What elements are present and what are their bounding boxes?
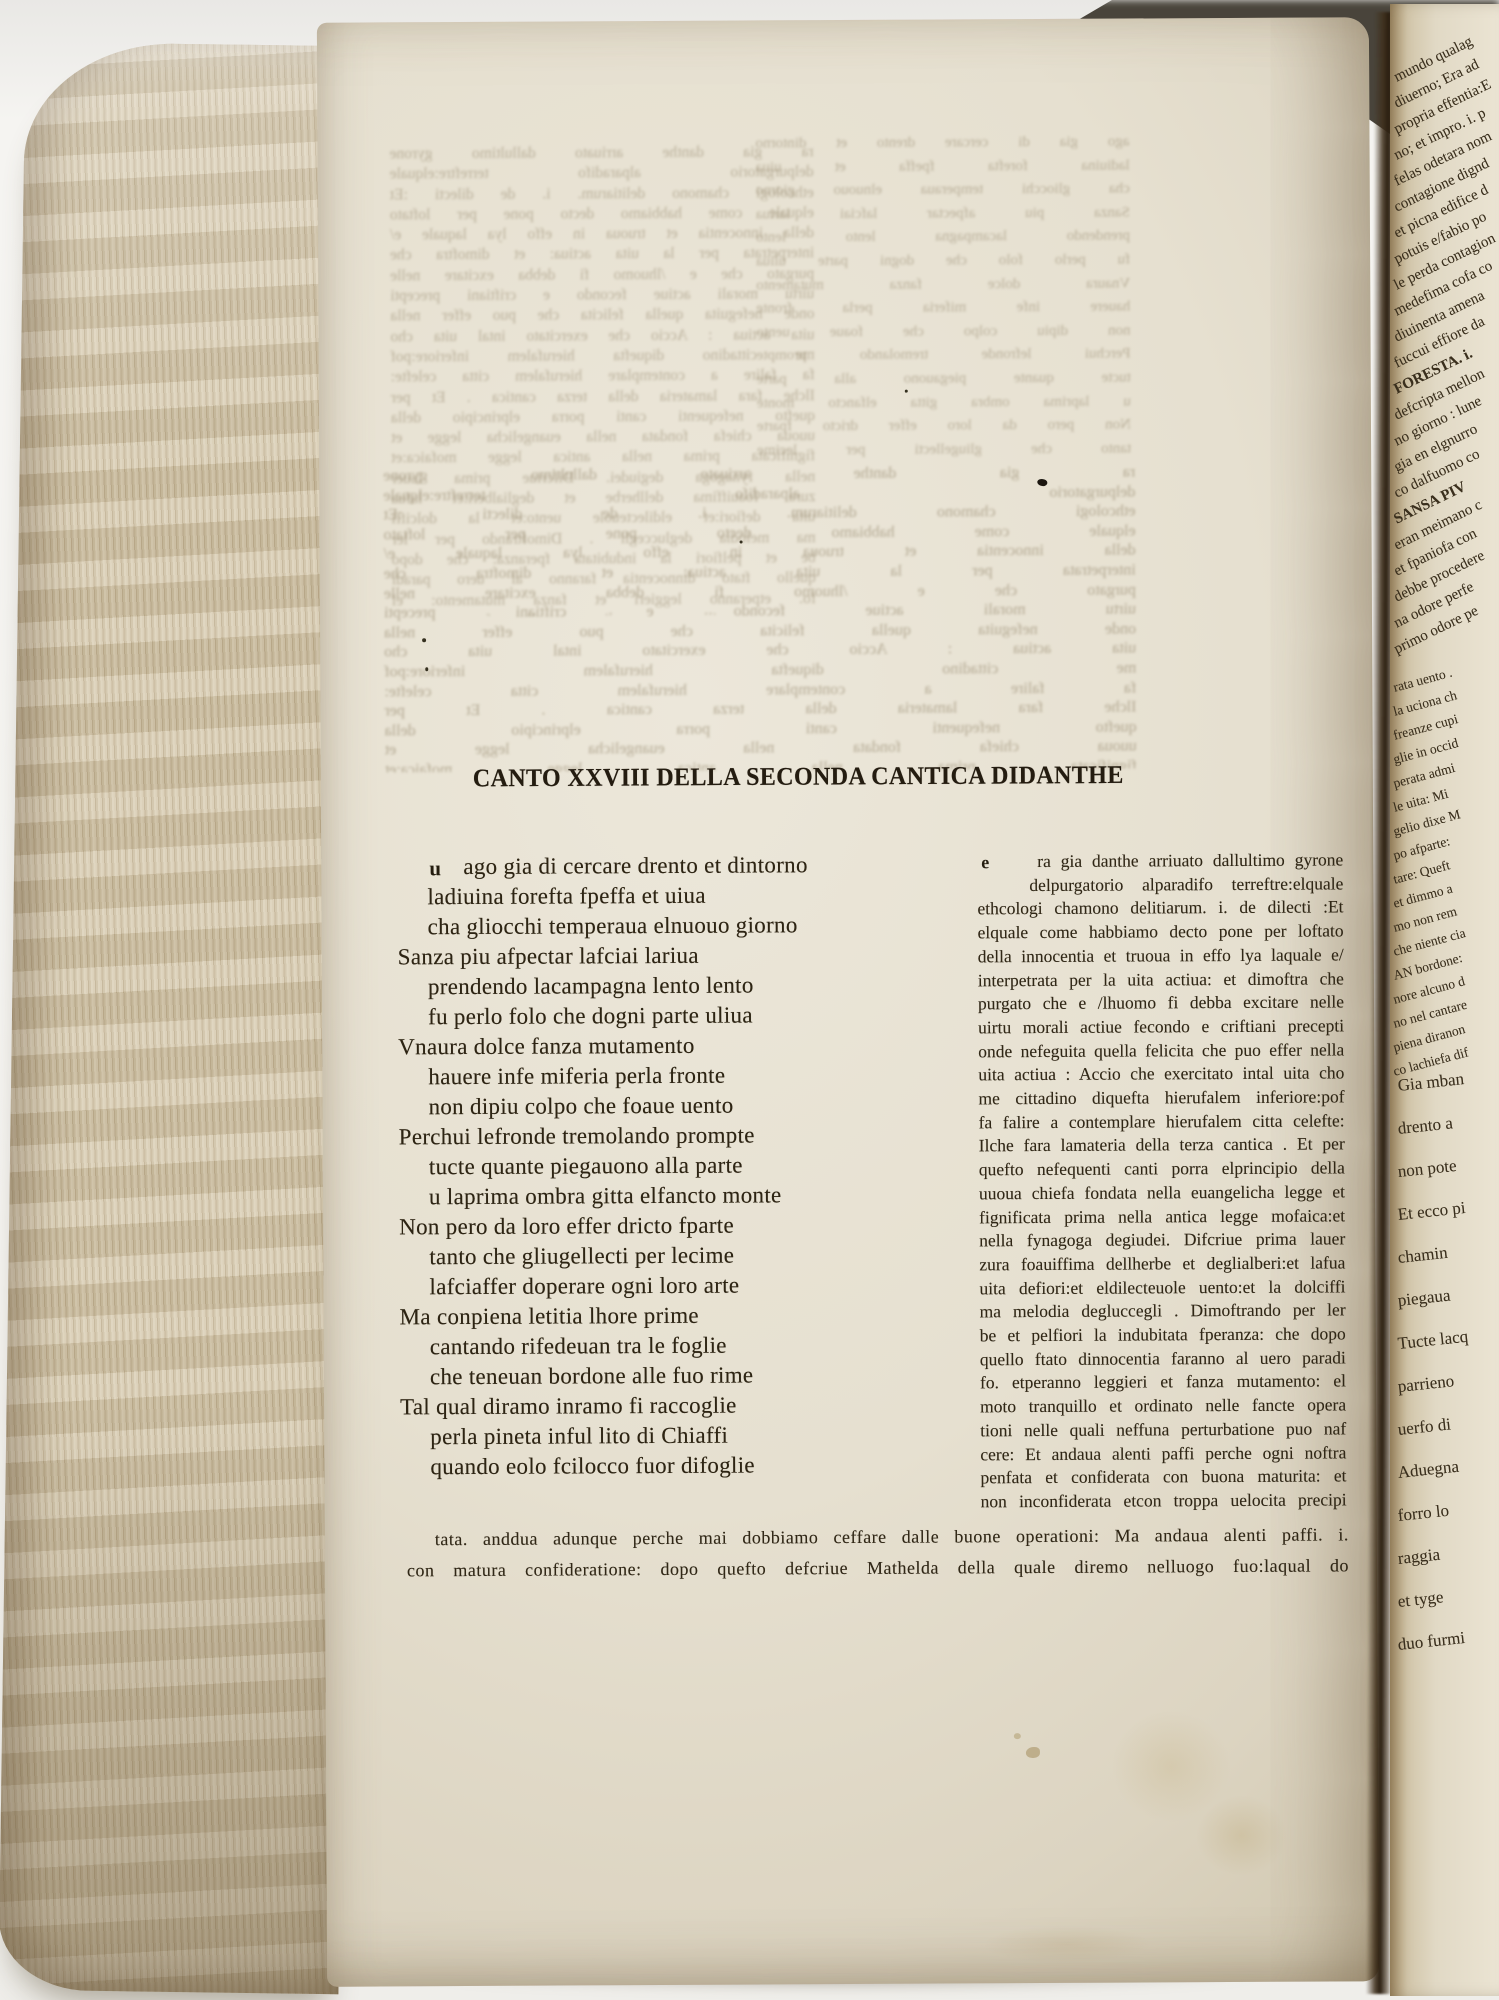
commentary-line: fignificata prima nella antica legge mof… [979,1204,1345,1230]
facing-page-strip: mundo qualagdiuerno; Era adpropria effen… [1390,4,1499,1996]
commentary-line: uita actiua : Accio che exercitato intal… [978,1062,1344,1088]
poem-line: prendendo lacampagna lento lento [398,970,834,1002]
commentary-line: onde nefeguita quella felicita che puo e… [978,1038,1344,1064]
showthrough-block: ra gia danthe arriuato dallultimo gyrone… [383,462,1137,772]
poem-line: perla pineta inful lito di Chiaffi [400,1420,836,1452]
commentary-line: ra gia danthe arriuato dallultimo gyrone [977,848,1343,874]
showthrough-block: ago gia di cercare drento et dintornolad… [755,131,1131,465]
commentary-line: moto tranquillo et ordinato nelle fancte… [980,1394,1346,1420]
poem-line: tanto che gliugellecti per lecime [399,1240,835,1272]
poem-line: Perchui lefronde tremolando prompte [399,1120,835,1152]
showthrough-line: hauere infe miferia perla fronte [756,296,1130,322]
facing-page-line: non pote [1397,1155,1469,1182]
commentary-line: interpetrata per la uita actiua: et dimo… [978,967,1344,993]
showthrough-line: Ilche fara lamateria della terza cantica… [391,386,815,409]
commentary-line: uuoua chiefa fondata nella euangelicha l… [979,1180,1345,1206]
commentary-line: me cittadino diquefta hierufalem inferio… [978,1085,1344,1111]
commentary-line: uirtu morali actiue fecondo e criftiani … [978,1014,1344,1040]
showthrough-line: uuoua chiefa fondata nella euangelicha l… [391,426,815,449]
showthrough-line: delpurgatorio alparadifo terreftre:elqua… [390,162,814,185]
facing-page-line: piegaua [1397,1284,1469,1311]
commentary-line: elquale come habbiamo decto pone per lof… [978,920,1344,946]
showthrough-line: Non pero da loro effer dricto fparte [757,414,1131,440]
footer-line: tata. anddua adunque perche mai dobbiamo… [407,1519,1349,1555]
poem-line: u laprima ombra gitta elfancto monte [399,1180,835,1212]
stain [947,1916,1187,1972]
showthrough-line: ladiuina forefta fpeffa et uiua [756,154,1130,180]
commentary-line: fo. etperanno leggieri et fanza mutament… [980,1370,1346,1396]
poem-line: Sanza piu afpectar lafciai lariua [398,940,834,972]
facing-page-text-top: mundo qualagdiuerno; Era adpropria effen… [1396,70,1499,668]
facing-page-line: Tucte lacq [1397,1327,1469,1354]
facing-page-line: parrieno [1397,1370,1469,1397]
showthrough-line: onde nefeguita quella felicita che puo e… [390,305,814,328]
showthrough-line: uita actiua : Accio che exercitato intal… [390,325,814,348]
showthrough-line: quefto nefequenti canti porra elprincipi… [391,406,815,429]
canto-heading: CANTO XXVIII DELLA SECONDA CANTICA DIDAN… [473,762,1133,794]
facing-page-line: drento a [1397,1112,1469,1139]
poem-line: tucte quante piegauono alla parte [399,1150,835,1182]
showthrough-line: cha gliocchi temperaua elnuouo giorno [756,178,1130,204]
poem-line: quando eolo fcilocco fuor difoglie [400,1450,836,1482]
showthrough-line: ago gia di cercare drento et dintorno [755,131,1129,157]
showthrough-line: della innocentia et truoua in effo lya l… [390,223,814,246]
commentary-line: zura foauiffima dellherbe et deglialberi… [979,1251,1345,1277]
stain [1026,1747,1040,1758]
commentary-line: non inconfiderata etcon troppa uelocita … [981,1488,1347,1514]
showthrough-line: non dipiu colpo che foaue uento [756,319,1130,345]
poem-line: Ma conpiena letitia lhore prime [400,1300,836,1332]
footer-block: tata. anddua adunque perche mai dobbiamo… [407,1519,1349,1586]
ink-speck [422,638,426,642]
poem-line: lafciaffer doperare ogni loro arte [399,1270,835,1302]
showthrough-line: ra gia danthe arriuato dallultimo gyrone [390,142,814,165]
showthrough-line: tucte quante piegauono alla parte [757,366,1131,392]
showthrough-line: interpetrata per la uita actiua: et dimo… [390,244,814,267]
showthrough-line: prendendo lacampagna lento lento [756,225,1130,251]
stain [1014,1733,1021,1739]
commentary-line: ma melodia degluccegli . Dimoftrando per… [980,1299,1346,1325]
showthrough-line: tanto che gliugellecti per lecime [757,437,1131,463]
page-stack-fore-edge [0,42,366,1995]
commentary-line: purgato che e /lhuomo fi debba excitare … [978,991,1344,1017]
showthrough-line: elquale come habbiamo decto pone per lof… [390,203,814,226]
poem-line: cha gliocchi temperaua elnuouo giorno [398,910,834,942]
facing-page-line: Et ecco pi [1397,1198,1469,1225]
showthrough-line: Sanza piu afpectar lafciai lariua [756,201,1130,227]
ink-speck [740,541,743,544]
ink-speck [905,390,908,393]
showthrough-line: uirtu morali actiue fecondo e criftiani … [390,284,814,307]
poem-line: ago gia di cercare drento et dintorno [397,850,833,882]
showthrough-line: Vnaura dolce fanza mutamento [756,272,1130,298]
facing-page-line: forro lo [1397,1499,1469,1526]
commentary-line: quello ftato dinnocentia faranno al uero… [980,1346,1346,1372]
commentary-line: delpurgatorio alparadifo terreftre:elqua… [977,872,1343,898]
commentary-line: della innocentia et truoua in effo lya l… [978,943,1344,969]
poem-line: fu perlo folo che dogni parte uliua [398,1000,834,1032]
ink-speck [425,667,428,671]
commentary-line: nella fynagoga degiudei. Difcriue prima … [979,1228,1345,1254]
commentary-line: be et pelfiori la indubitata fperanza: c… [980,1322,1346,1348]
facing-page-text-middle: rata uento .la uciona chfreanze cupiglie… [1394,680,1471,1088]
commentary-line: fa falire a contemplare hierufalem citta… [979,1109,1345,1135]
commentary-line: ethcologi chamono delitiarum. i. de dile… [977,896,1343,922]
facing-page-line: raggia [1397,1542,1469,1569]
poem-line: hauere infe miferia perla fronte [398,1060,834,1092]
book-photo: ra gia danthe arriuato dallultimo gyrone… [0,0,1499,2000]
facing-page-line: chamin [1397,1241,1469,1268]
commentary-line: uita defiori:et eldilecteuole uento:et l… [979,1275,1345,1301]
poem-line: cantando rifedeuan tra le foglie [400,1330,836,1362]
commentary-line: cere: Et andaua alenti paffi perche ogni… [980,1441,1346,1467]
left-page: ra gia danthe arriuato dallultimo gyrone… [317,17,1379,1986]
poem-line: Tal qual diramo inramo fi raccoglie [400,1390,836,1422]
commentary-line: quefto nefequenti canti porra elprincipi… [979,1157,1345,1183]
poem-line: che teneuan bordone alle fuo rime [400,1360,836,1392]
commentary-line: Ilche fara lamateria della terza cantica… [979,1133,1345,1159]
footer-line: con matura confideratione: dopo quefto d… [407,1550,1349,1586]
showthrough-line: purgato che e /lhuomo fi debba excitare … [390,264,814,287]
facing-page-line: duo furmi [1397,1628,1469,1655]
showthrough-line: me cittadino diquefta hierufalem inferio… [391,345,815,368]
showthrough-line: fu perlo folo che dogni parte uliua [756,248,1130,274]
facing-page-text-bottom: Gia mbandrento anon poteEt ecco pichamin… [1398,1076,1469,1678]
commentary-line: penfata et confiderata con buona maturit… [980,1465,1346,1491]
poem-line: ladiuina forefta fpeffa et uiua [397,880,833,912]
commentary-line: tioni nelle quali neffuna perturbatione … [980,1417,1346,1443]
showthrough-line: Perchui lefronde tremolando prompte [757,343,1131,369]
showthrough-line: ethcologi chamono delitiarum. i. de dile… [390,183,814,206]
poem-column: ago gia di cercare drento et dintornolad… [397,850,836,1482]
facing-page-line: et tyge [1397,1585,1469,1612]
facing-page-line: uerfo di [1397,1413,1469,1440]
poem-line: Vnaura dolce fanza mutamento [398,1030,834,1062]
showthrough-line: fa falire a contemplare hierufalem citta… [391,365,815,388]
showthrough-line: u laprima ombra gitta elfancto monte [757,390,1131,416]
facing-page-line: Aduegna [1397,1456,1469,1483]
commentary-column: ra gia danthe arriuato dallultimo gyrone… [977,848,1346,1514]
poem-line: non dipiu colpo che foaue uento [398,1090,834,1122]
stain [1176,1778,1307,1894]
poem-line: Non pero da loro effer dricto fparte [399,1210,835,1242]
